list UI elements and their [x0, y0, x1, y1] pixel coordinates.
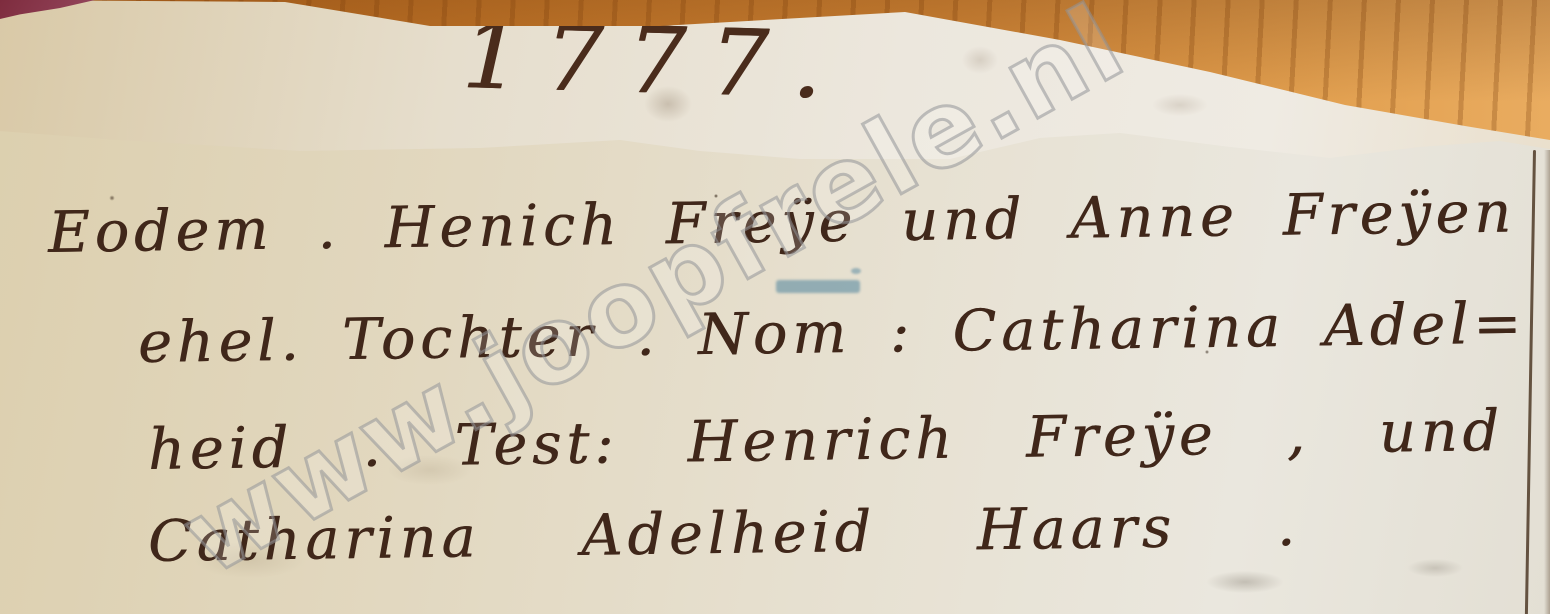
entry-line-1: Eodem.HenichFreÿeundAnneFreÿen [48, 180, 1517, 266]
photo-scene: 1777. Eodem.HenichFreÿeundAnneFreÿen ehe… [0, 0, 1550, 614]
ink-stamp-dot [851, 268, 861, 274]
page-edge-shadow [1544, 150, 1550, 614]
entry-line-2: ehel.Tochter.Nom:CatharinaAdel= [138, 291, 1527, 376]
ruled-margin-line [1525, 150, 1536, 614]
entry-line-4: CatharinaAdelheidHaars. [148, 493, 1301, 575]
ink-stamp-smudge [776, 280, 860, 293]
entry-line-3: heid.Test:HenrichFreÿe,und [148, 398, 1505, 483]
